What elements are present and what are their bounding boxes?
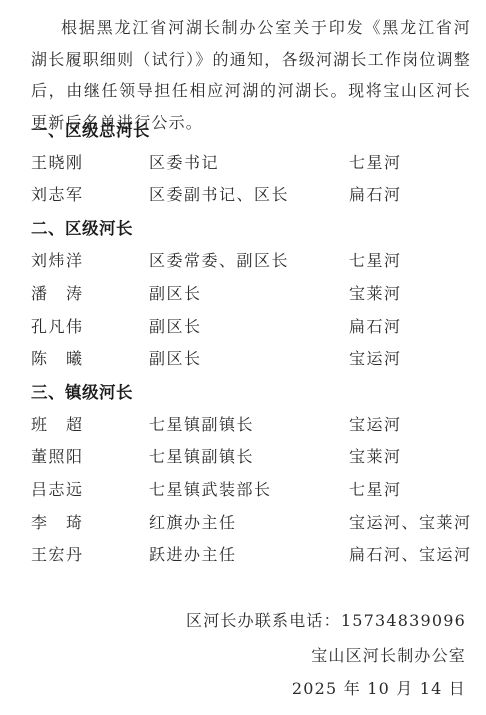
name-cell: 王宏丹 [31, 542, 84, 565]
river-cell: 宝莱河 [349, 281, 402, 304]
position-cell: 副区长 [149, 346, 202, 369]
position-cell: 区委书记 [149, 150, 219, 173]
table-row: 潘 涛 副区长 宝莱河 [0, 281, 486, 305]
position-cell: 跃进办主任 [149, 542, 237, 565]
river-cell: 宝运河 [349, 346, 402, 369]
name-cell: 刘炜洋 [31, 248, 84, 271]
issuing-office: 宝山区河长制办公室 [311, 643, 466, 666]
position-cell: 区委副书记、区长 [149, 182, 289, 205]
river-cell: 宝运河 [349, 412, 402, 435]
table-row: 孔凡伟 副区长 扁石河 [0, 314, 486, 338]
name-cell: 李 琦 [31, 510, 84, 533]
position-cell: 七星镇副镇长 [149, 444, 254, 467]
name-cell: 王晓刚 [31, 150, 84, 173]
table-row: 王宏丹 跃进办主任 扁石河、宝运河 [0, 542, 486, 566]
section-heading-town: 三、镇级河长 [31, 379, 133, 403]
contact-phone: 区河长办联系电话：15734839096 [186, 608, 466, 631]
name-cell: 孔凡伟 [31, 314, 84, 337]
name-cell: 班 超 [31, 412, 84, 435]
position-cell: 七星镇副镇长 [149, 412, 254, 435]
river-cell: 七星河 [349, 477, 402, 500]
river-cell: 七星河 [349, 248, 402, 271]
position-cell: 红旗办主任 [149, 510, 237, 533]
river-cell: 宝运河、宝莱河 [349, 510, 472, 533]
name-cell: 潘 涛 [31, 281, 84, 304]
section-heading-district-chief: 一、区级总河长 [31, 117, 150, 141]
section-heading-district: 二、区级河长 [31, 215, 133, 239]
table-row: 董照阳 七星镇副镇长 宝莱河 [0, 444, 486, 468]
position-cell: 区委常委、副区长 [149, 248, 289, 271]
river-cell: 宝莱河 [349, 444, 402, 467]
river-cell: 扁石河 [349, 314, 402, 337]
name-cell: 陈 曦 [31, 346, 84, 369]
river-cell: 扁石河、宝运河 [349, 542, 472, 565]
name-cell: 吕志远 [31, 477, 84, 500]
table-row: 刘炜洋 区委常委、副区长 七星河 [0, 248, 486, 272]
river-cell: 扁石河 [349, 182, 402, 205]
name-cell: 董照阳 [31, 444, 84, 467]
position-cell: 副区长 [149, 281, 202, 304]
name-cell: 刘志军 [31, 182, 84, 205]
table-row: 刘志军 区委副书记、区长 扁石河 [0, 182, 486, 206]
table-row: 陈 曦 副区长 宝运河 [0, 346, 486, 370]
issue-date: 2025 年 10 月 14 日 [292, 676, 466, 699]
table-row: 吕志远 七星镇武装部长 七星河 [0, 477, 486, 501]
position-cell: 副区长 [149, 314, 202, 337]
table-row: 王晓刚 区委书记 七星河 [0, 150, 486, 174]
table-row: 班 超 七星镇副镇长 宝运河 [0, 412, 486, 436]
river-cell: 七星河 [349, 150, 402, 173]
table-row: 李 琦 红旗办主任 宝运河、宝莱河 [0, 510, 486, 534]
position-cell: 七星镇武装部长 [149, 477, 272, 500]
